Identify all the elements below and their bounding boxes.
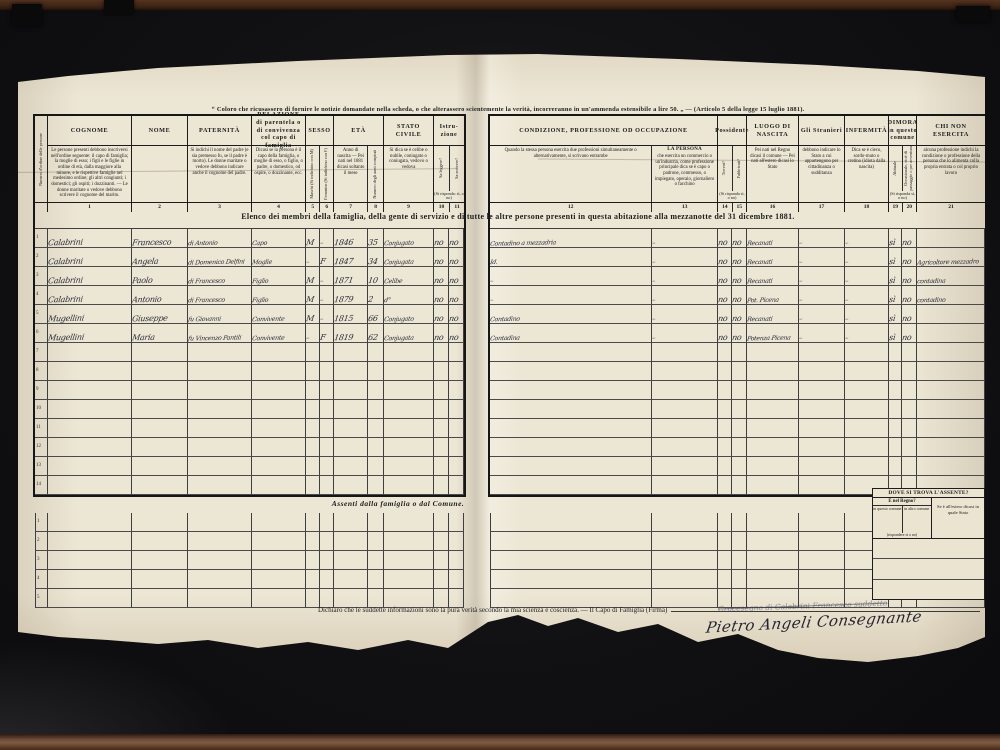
cell-paternita <box>188 551 252 570</box>
column-description: Si dica se è celibe o nubile, coniugato … <box>384 146 433 202</box>
column-number: 10 <box>434 203 449 212</box>
cell-leg <box>434 438 449 457</box>
cell-leg: no <box>434 248 449 267</box>
handwritten-entry: – <box>844 335 848 342</box>
header-group: NOME2 <box>132 116 188 212</box>
handwritten-entry: Recanati <box>747 241 773 248</box>
cell-persona <box>652 419 718 438</box>
column-header-scr: Sa scrivere? <box>449 146 464 191</box>
cell-leg <box>434 457 449 476</box>
cell-condizione: Contadina <box>490 324 652 343</box>
cell-chinon: contadina <box>917 267 985 286</box>
cell-stran: – <box>799 229 845 248</box>
photo-background: “ Coloro che ricusassero di fornire le n… <box>0 0 1000 750</box>
handwritten-entry: – <box>844 297 848 304</box>
cell-scr <box>449 343 464 362</box>
cell-m: M <box>306 305 320 324</box>
handwritten-entry: Paolo <box>131 277 153 285</box>
handwritten-entry: Convivente <box>252 317 285 324</box>
cell-condizione: – <box>490 267 652 286</box>
cell-num: 6 <box>35 324 48 343</box>
handwritten-entry: Calabrini <box>47 296 83 305</box>
cell-fab <box>732 419 747 438</box>
cell-abit: sì <box>889 286 902 305</box>
cell-stato <box>384 400 434 419</box>
handwritten-entry: – <box>319 316 323 323</box>
handwritten-entry: – <box>651 240 655 247</box>
cell-relazione: Capo <box>252 229 306 248</box>
cell-ter <box>718 551 732 570</box>
handwritten-entry: no <box>433 277 444 285</box>
column-footnote: (Si risponda sì, o no) <box>718 191 746 202</box>
handwritten-entry: Figlio <box>252 279 269 286</box>
handwritten-entry: M <box>305 315 314 323</box>
column-header-paternita: Si indichi il nome del padre (e sia prem… <box>188 146 251 202</box>
cell-persona: – <box>652 229 718 248</box>
cell-fab <box>732 513 747 532</box>
column-vertical-label: Fabbricati? <box>737 159 742 178</box>
cell-stran <box>799 513 845 532</box>
cell-occ <box>902 362 917 381</box>
cell-nome <box>132 570 188 589</box>
table-row: 13 <box>35 457 464 476</box>
handwritten-entry: M <box>305 239 314 247</box>
cell-m <box>306 570 320 589</box>
cell-paternita: di Francesco <box>188 286 252 305</box>
cell-m: – <box>306 248 320 267</box>
handwritten-entry: Moglie <box>252 260 273 267</box>
cell-num: 9 <box>35 381 48 400</box>
column-number: 7 <box>334 203 367 212</box>
cell-stran: – <box>799 267 845 286</box>
cell-ter <box>718 476 732 495</box>
handwritten-entry: no <box>433 315 444 323</box>
handwritten-entry: – <box>844 316 848 323</box>
cell-cognome: Calabrini <box>48 267 132 286</box>
cell-stato <box>384 570 434 589</box>
cell-nome: Maria <box>132 324 188 343</box>
cell-relazione <box>252 400 306 419</box>
handwritten-entry: no <box>731 258 742 266</box>
column-number: 12 <box>490 203 651 212</box>
column-group-title: ETÀ <box>334 116 383 146</box>
cell-occ: no <box>902 324 917 343</box>
column-number: 3 <box>188 203 251 212</box>
cell-nome: Giuseppe <box>132 305 188 324</box>
handwritten-entry: di Francesco <box>188 298 226 305</box>
handwritten-entry: 2 <box>367 296 373 304</box>
main-table: CONDIZIONE, PROFESSIONE OD OCCUPAZIONEQu… <box>488 114 987 497</box>
column-header-condizione: Quando la stessa persona esercita due pr… <box>490 146 651 202</box>
cell-scr <box>449 532 464 551</box>
cell-stran <box>799 532 845 551</box>
handwritten-entry: – <box>798 316 802 323</box>
cell-luogo <box>747 438 799 457</box>
cell-stato <box>384 362 434 381</box>
header-group: DIMORA in questo comuneAbitualeOccasiona… <box>889 116 917 212</box>
column-number: 16 <box>747 203 798 212</box>
column-description: Anno di nascita — Pei nati nel 1881 dica… <box>334 146 367 202</box>
cell-anni: 2 <box>368 286 384 305</box>
cell-stran: – <box>799 248 845 267</box>
column-number: 19 <box>889 203 902 212</box>
cell-stato: Celibe <box>384 267 434 286</box>
cell-chinon <box>917 419 985 438</box>
cell-f <box>320 570 334 589</box>
handwritten-entry: Conjugato <box>384 317 414 324</box>
column-numbers: 1415 <box>718 202 746 212</box>
table-row <box>490 438 985 457</box>
header-group: PATERNITÀSi indichi il nome del padre (e… <box>188 116 252 212</box>
absent-location-headers: È nel Regno? in questo comune in altro c… <box>873 498 984 539</box>
cell-paternita <box>188 457 252 476</box>
handwritten-entry: no <box>717 277 728 285</box>
cell-num: 8 <box>35 362 48 381</box>
cell-anni <box>368 513 384 532</box>
cell-num: 3 <box>35 551 48 570</box>
cell-leg <box>434 513 449 532</box>
cell-luogo <box>747 400 799 419</box>
cell-nome <box>132 400 188 419</box>
cell-fab: no <box>732 286 747 305</box>
cell-persona: – <box>652 286 718 305</box>
handwritten-entry: no <box>717 315 728 323</box>
cell-num: 7 <box>35 343 48 362</box>
table-edge-bottom <box>0 734 1000 750</box>
handwritten-entry: Francesco <box>131 239 171 248</box>
absent-box-row <box>873 539 984 559</box>
column-group-title: STATO CIVILE <box>384 116 433 146</box>
cell-m <box>306 400 320 419</box>
cell-fab <box>732 343 747 362</box>
cell-condizione <box>490 343 652 362</box>
cell-m <box>306 438 320 457</box>
cell-num: 5 <box>35 305 48 324</box>
handwritten-entry: Contadino a mezzadria <box>490 240 557 248</box>
form-right-page: CONDIZIONE, PROFESSIONE OD OCCUPAZIONEQu… <box>488 114 987 500</box>
handwritten-entry: – <box>319 240 323 247</box>
cell-chinon <box>917 343 985 362</box>
cell-relazione <box>252 551 306 570</box>
handwritten-entry: 66 <box>367 315 378 323</box>
column-header-inf: Dica se è cieco, sordo-muto o cretino (i… <box>845 146 888 202</box>
cell-abit: sì <box>889 324 902 343</box>
handwritten-entry: F <box>319 334 326 342</box>
cell-condizione <box>490 476 652 495</box>
handwritten-entry: di Francesco <box>188 279 226 286</box>
cell-anno <box>334 362 368 381</box>
column-group-title: DIMORA in questo comune <box>889 116 916 146</box>
column-header-occ: Occasionale, cioè di passaggio o per avv… <box>902 146 916 191</box>
cell-anni <box>368 362 384 381</box>
table-row: Contadina–nonoPotenza Picena––sìno <box>490 324 985 343</box>
cell-anni: 34 <box>368 248 384 267</box>
table-row: 10 <box>35 400 464 419</box>
handwritten-entry: no <box>901 277 912 285</box>
header-group: SESSOMaschi (Si indichino con M)Femmine … <box>306 116 334 212</box>
handwritten-entry: no <box>717 239 728 247</box>
cell-anno: 1846 <box>334 229 368 248</box>
column-numbers: 1011 <box>434 202 464 212</box>
cell-persona <box>652 570 718 589</box>
cell-inf <box>845 438 889 457</box>
regno-note: (rispondere sì o no) <box>873 533 931 538</box>
cell-relazione: Figlio <box>252 286 306 305</box>
cell-cognome <box>48 343 132 362</box>
cell-persona: – <box>652 267 718 286</box>
column-group-title: CHI NON ESERCITA <box>917 116 985 146</box>
handwritten-entry: sì <box>888 277 895 285</box>
header-group: Gli Stranieridebbono indicare lo Stato a… <box>799 116 845 212</box>
column-vertical-label: Femmine (Si indichino con F) <box>324 148 329 200</box>
cell-occ <box>902 400 917 419</box>
handwritten-entry: Potenza Picena <box>747 336 791 343</box>
header-group: PossidenteTerreni?Fabbricati?(Si rispond… <box>718 116 747 212</box>
cell-fab: no <box>732 305 747 324</box>
cell-chinon <box>917 305 985 324</box>
cell-persona <box>652 532 718 551</box>
cell-nome <box>132 381 188 400</box>
column-vertical-label: Terreni? <box>722 161 727 175</box>
table-row: Contadino–nonoRecanati––sìno <box>490 305 985 324</box>
cell-num: 4 <box>35 570 48 589</box>
cell-cognome <box>48 589 132 608</box>
cell-anno: 1815 <box>334 305 368 324</box>
cell-leg <box>434 400 449 419</box>
cell-f: F <box>320 324 334 343</box>
handwritten-entry: sì <box>888 334 895 342</box>
cell-relazione <box>252 438 306 457</box>
cell-stato: d° <box>384 286 434 305</box>
cell-anno: 1819 <box>334 324 368 343</box>
cell-cognome <box>48 457 132 476</box>
cell-occ <box>902 343 917 362</box>
header-group: INFERMITÀDica se è cieco, sordo-muto o c… <box>845 116 889 212</box>
cell-persona <box>652 513 718 532</box>
column-number: 17 <box>799 203 844 212</box>
cell-occ <box>902 457 917 476</box>
cell-persona <box>652 343 718 362</box>
cell-num: 2 <box>35 532 48 551</box>
handwritten-entry: Calabrini <box>47 239 83 248</box>
handwritten-entry: Giuseppe <box>131 315 168 324</box>
column-vertical-label: Sa scrivere? <box>455 158 460 179</box>
handwritten-entry: – <box>651 297 655 304</box>
column-description: che esercita un commercio o un'industria… <box>652 152 717 202</box>
cell-chinon: Agricoltore mezzadro <box>917 248 985 267</box>
cell-chinon <box>917 381 985 400</box>
column-vertical-label: Numero d'ordine delle persone <box>39 133 44 186</box>
cell-num: 1 <box>35 513 48 532</box>
column-number: 4 <box>252 203 305 212</box>
column-header-num: Numero d'ordine delle persone <box>35 116 47 202</box>
cell-paternita: di Francesco <box>188 267 252 286</box>
cell-fab <box>732 476 747 495</box>
table-row <box>490 457 985 476</box>
photo-corner-tab <box>104 0 134 14</box>
column-description: alcuna professione indichi la condizione… <box>917 146 985 202</box>
cell-stran <box>799 381 845 400</box>
column-header-chinon: alcuna professione indichi la condizione… <box>917 146 985 202</box>
cell-occ: no <box>902 248 917 267</box>
cell-stran <box>799 400 845 419</box>
absent-location-box: DOVE SI TROVA L'ASSENTE? È nel Regno? in… <box>872 488 985 600</box>
cell-ter <box>718 532 732 551</box>
legal-warning: “ Coloro che ricusassero di fornire le n… <box>88 106 928 113</box>
column-group-title: RELAZIONE di parentela o di convivenza c… <box>252 116 305 146</box>
column-header-anno: Anno di nascita — Pei nati nel 1881 dica… <box>334 146 367 202</box>
cell-anni <box>368 419 384 438</box>
cell-luogo <box>747 381 799 400</box>
column-number <box>35 203 47 212</box>
header-group: Istru- zioneSa leggere?Sa scrivere?(Si r… <box>434 116 464 212</box>
cell-anni: 10 <box>368 267 384 286</box>
cell-anni <box>368 343 384 362</box>
handwritten-entry: – <box>651 316 655 323</box>
cell-relazione <box>252 362 306 381</box>
cell-stato <box>384 343 434 362</box>
cell-f: – <box>320 305 334 324</box>
cell-cognome <box>48 419 132 438</box>
cell-cognome <box>48 532 132 551</box>
table-row: 4 <box>35 570 464 589</box>
cell-persona <box>652 476 718 495</box>
handwritten-entry: Calabrini <box>47 277 83 286</box>
handwritten-entry: no <box>433 258 444 266</box>
cell-condizione <box>490 381 652 400</box>
cell-anni: 66 <box>368 305 384 324</box>
cell-abit: sì <box>889 305 902 324</box>
cell-occ <box>902 438 917 457</box>
handwritten-entry: d° <box>384 298 391 304</box>
column-numbers: 17 <box>799 202 844 212</box>
handwritten-entry: – <box>651 259 655 266</box>
cell-cognome: Calabrini <box>48 229 132 248</box>
table-row: 1 <box>35 513 464 532</box>
column-vertical-label: Abituale <box>893 161 898 176</box>
cell-m <box>306 551 320 570</box>
cell-paternita <box>188 532 252 551</box>
cell-persona: – <box>652 305 718 324</box>
cell-relazione <box>252 476 306 495</box>
cell-fab <box>732 381 747 400</box>
table-row: Contadino a mezzadria–nonoRecanati––sìno <box>490 229 985 248</box>
cell-f <box>320 476 334 495</box>
column-group-title: NOME <box>132 116 187 146</box>
cell-f <box>320 419 334 438</box>
cell-inf <box>845 457 889 476</box>
cell-f: F <box>320 248 334 267</box>
cell-leg: no <box>434 286 449 305</box>
cell-m: M <box>306 267 320 286</box>
estero-label: Se è all'estero dicasi in quale Stato <box>932 498 984 538</box>
cell-scr: no <box>449 229 464 248</box>
cell-num: 10 <box>35 400 48 419</box>
declaration-text: Dichiaro che le suddette informazioni so… <box>318 606 667 614</box>
handwritten-entry: no <box>433 334 444 342</box>
cell-abit <box>889 362 902 381</box>
handwritten-entry: 1847 <box>333 258 353 266</box>
column-number: 2 <box>132 203 187 212</box>
handwritten-entry: no <box>448 239 459 247</box>
cell-stato <box>384 532 434 551</box>
cell-relazione: Convivente <box>252 305 306 324</box>
cell-leg <box>434 362 449 381</box>
header-group: STATO CIVILESi dica se è celibe o nubile… <box>384 116 434 212</box>
cell-fab <box>732 532 747 551</box>
handwritten-entry: – <box>319 278 323 285</box>
handwritten-entry: – <box>798 297 802 304</box>
cell-nome <box>132 476 188 495</box>
cell-occ: no <box>902 229 917 248</box>
column-description: Quando la stessa persona esercita due pr… <box>490 146 651 202</box>
cell-f: – <box>320 286 334 305</box>
cell-occ: no <box>902 305 917 324</box>
header-group: CONDIZIONE, PROFESSIONE OD OCCUPAZIONEQu… <box>490 116 718 212</box>
cell-stato: Conjugata <box>384 324 434 343</box>
regno-label: È nel Regno? <box>873 498 931 506</box>
handwritten-entry: – <box>305 335 309 342</box>
header-group: RELAZIONE di parentela o di convivenza c… <box>252 116 306 212</box>
cell-chinon <box>917 324 985 343</box>
cell-anno: 1871 <box>334 267 368 286</box>
column-header-f: Femmine (Si indichino con F) <box>319 146 333 202</box>
cell-anni <box>368 457 384 476</box>
cell-stran <box>799 343 845 362</box>
cell-stato <box>384 438 434 457</box>
cell-fab: no <box>732 229 747 248</box>
cell-stran <box>799 362 845 381</box>
cell-fab <box>732 400 747 419</box>
column-number: 11 <box>449 203 464 212</box>
handwritten-entry: – <box>798 335 802 342</box>
column-footnote: (Si risponda sì, o no) <box>889 191 916 202</box>
cell-scr <box>449 570 464 589</box>
cell-condizione <box>490 438 652 457</box>
handwritten-entry: Calabrini <box>47 258 83 267</box>
column-number: 5 <box>306 203 319 212</box>
column-numbers: 21 <box>917 202 985 212</box>
cell-luogo <box>747 457 799 476</box>
cell-anni <box>368 532 384 551</box>
handwritten-entry: Recanati <box>747 317 773 324</box>
handwritten-entry: Celibe <box>384 279 403 286</box>
handwritten-entry: – <box>489 278 493 285</box>
cell-stran: – <box>799 286 845 305</box>
cell-anno <box>334 438 368 457</box>
column-number: 6 <box>319 203 333 212</box>
header-group: ETÀAnno di nascita — Pei nati nel 1881 d… <box>334 116 384 212</box>
column-numbers <box>35 202 47 212</box>
cell-leg <box>434 551 449 570</box>
cell-stran <box>799 476 845 495</box>
cell-abit <box>889 438 902 457</box>
handwritten-entry: no <box>448 277 459 285</box>
table-row: Id.–nonoRecanati––sìnoAgricoltore mezzad… <box>490 248 985 267</box>
handwritten-entry: Convivente <box>252 336 285 343</box>
handwritten-entry: no <box>448 258 459 266</box>
column-number: 20 <box>902 203 916 212</box>
column-vertical-label: Sa leggere? <box>439 158 444 178</box>
cell-condizione <box>490 532 652 551</box>
cell-leg <box>434 381 449 400</box>
handwritten-entry: Mugellini <box>47 334 84 343</box>
table-row: 12 <box>35 438 464 457</box>
cell-cognome <box>48 476 132 495</box>
handwritten-entry: no <box>731 277 742 285</box>
handwritten-entry: no <box>901 239 912 247</box>
cell-anni <box>368 570 384 589</box>
